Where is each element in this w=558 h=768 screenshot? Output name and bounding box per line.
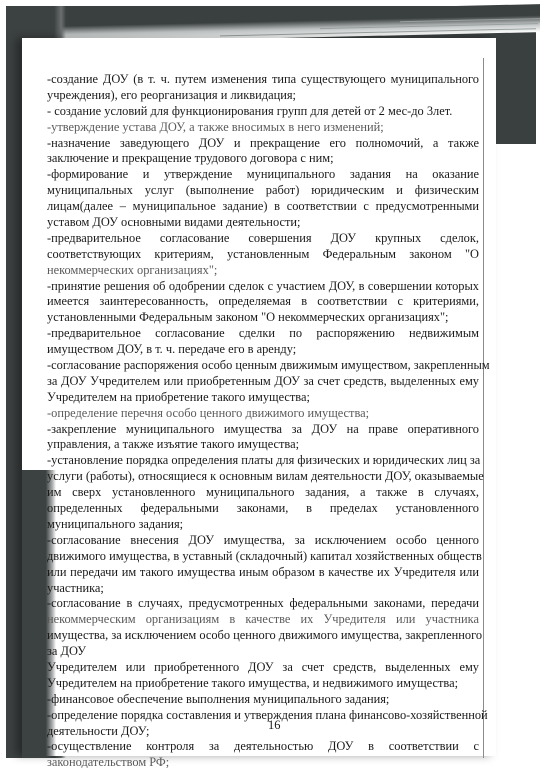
page-edge-rule: [483, 58, 484, 758]
text-line: -согласование в случаях, предусмотренных…: [47, 596, 479, 612]
text-line: определенных федеральными законами, в пр…: [47, 501, 479, 517]
page-number: 16: [268, 718, 280, 733]
text-line: -формирование и утверждение муниципально…: [47, 167, 479, 183]
text-line: -создание ДОУ (в т. ч. путем изменения т…: [47, 72, 479, 88]
text-line: управления, а также изъятие такого имуще…: [47, 437, 479, 453]
document-body: -создание ДОУ (в т. ч. путем изменения т…: [47, 72, 479, 768]
text-line: муниципальных услуг (выполнение работ) ю…: [47, 183, 479, 199]
text-line: некоммерческих организациях";: [47, 263, 479, 279]
text-line: или передачи им такого имущества иным об…: [47, 565, 479, 581]
text-line: имуществом ДОУ, в т. ч. передаче его в а…: [47, 342, 479, 358]
text-line: -согласование распоряжения особо ценным …: [47, 358, 479, 374]
text-line: установленными Федеральным законом "О не…: [47, 310, 479, 326]
text-line: некоммерческим организациям в качестве и…: [47, 612, 479, 628]
text-line: заключение и прекращение трудового догов…: [47, 151, 479, 167]
text-line: соответствующих критериям, установленным…: [47, 247, 479, 263]
text-line: участника;: [47, 581, 479, 597]
text-line: за ДОУ: [47, 644, 479, 660]
text-line: муниципального задания;: [47, 517, 479, 533]
text-line: -предварительное согласование сделки по …: [47, 326, 479, 342]
text-line: -назначение заведующего ДОУ и прекращени…: [47, 136, 479, 152]
stack-edge-line: [400, 18, 540, 22]
text-line: Учредителем на приобретение такого имуще…: [47, 390, 479, 406]
text-line: -утверждение устава ДОУ, а также вносимы…: [47, 120, 479, 136]
text-line: -определение перечня особо ценного движи…: [47, 406, 479, 422]
text-line: -предварительное согласование совершения…: [47, 231, 479, 247]
text-line: Учредителем или приобретенного ДОУ за сч…: [47, 660, 479, 676]
text-line: Учредителем на приобретение такого имуще…: [47, 676, 479, 692]
text-line: законодательством РФ;: [47, 755, 479, 768]
text-line: услуги (работы), относящиеся к основным …: [47, 469, 479, 485]
text-line: имеется заинтересованность, определяемая…: [47, 294, 479, 310]
text-line: - создание условий для функционирования …: [47, 104, 479, 120]
text-line: -согласование внесения ДОУ имущества, за…: [47, 533, 479, 549]
text-line: -определение порядка составления и утвер…: [47, 708, 479, 724]
text-line: учреждения), его реорганизация и ликвида…: [47, 88, 479, 104]
text-line: -финансовое обеспечение выполнения муниц…: [47, 692, 479, 708]
text-line: имущества, за исключением особо ценного …: [47, 628, 479, 644]
text-line: лицам(далее – муниципальное задание) в с…: [47, 199, 479, 215]
text-line: движимого имущества, в уставный (складоч…: [47, 549, 479, 565]
text-line: за ДОУ Учредителем или приобретенным ДОУ…: [47, 374, 479, 390]
text-line: -принятие решения об одобрении сделок с …: [47, 279, 479, 295]
text-line: уставом ДОУ основными видами деятельност…: [47, 215, 479, 231]
text-line: -осуществление контроля за деятельностью…: [47, 739, 479, 755]
text-line: -установление порядка определения платы …: [47, 453, 479, 469]
text-line: деятельности ДОУ;: [47, 724, 479, 740]
text-line: -закрепление муниципального имущества за…: [47, 422, 479, 438]
text-line: им сверх установленного муниципального з…: [47, 485, 479, 501]
